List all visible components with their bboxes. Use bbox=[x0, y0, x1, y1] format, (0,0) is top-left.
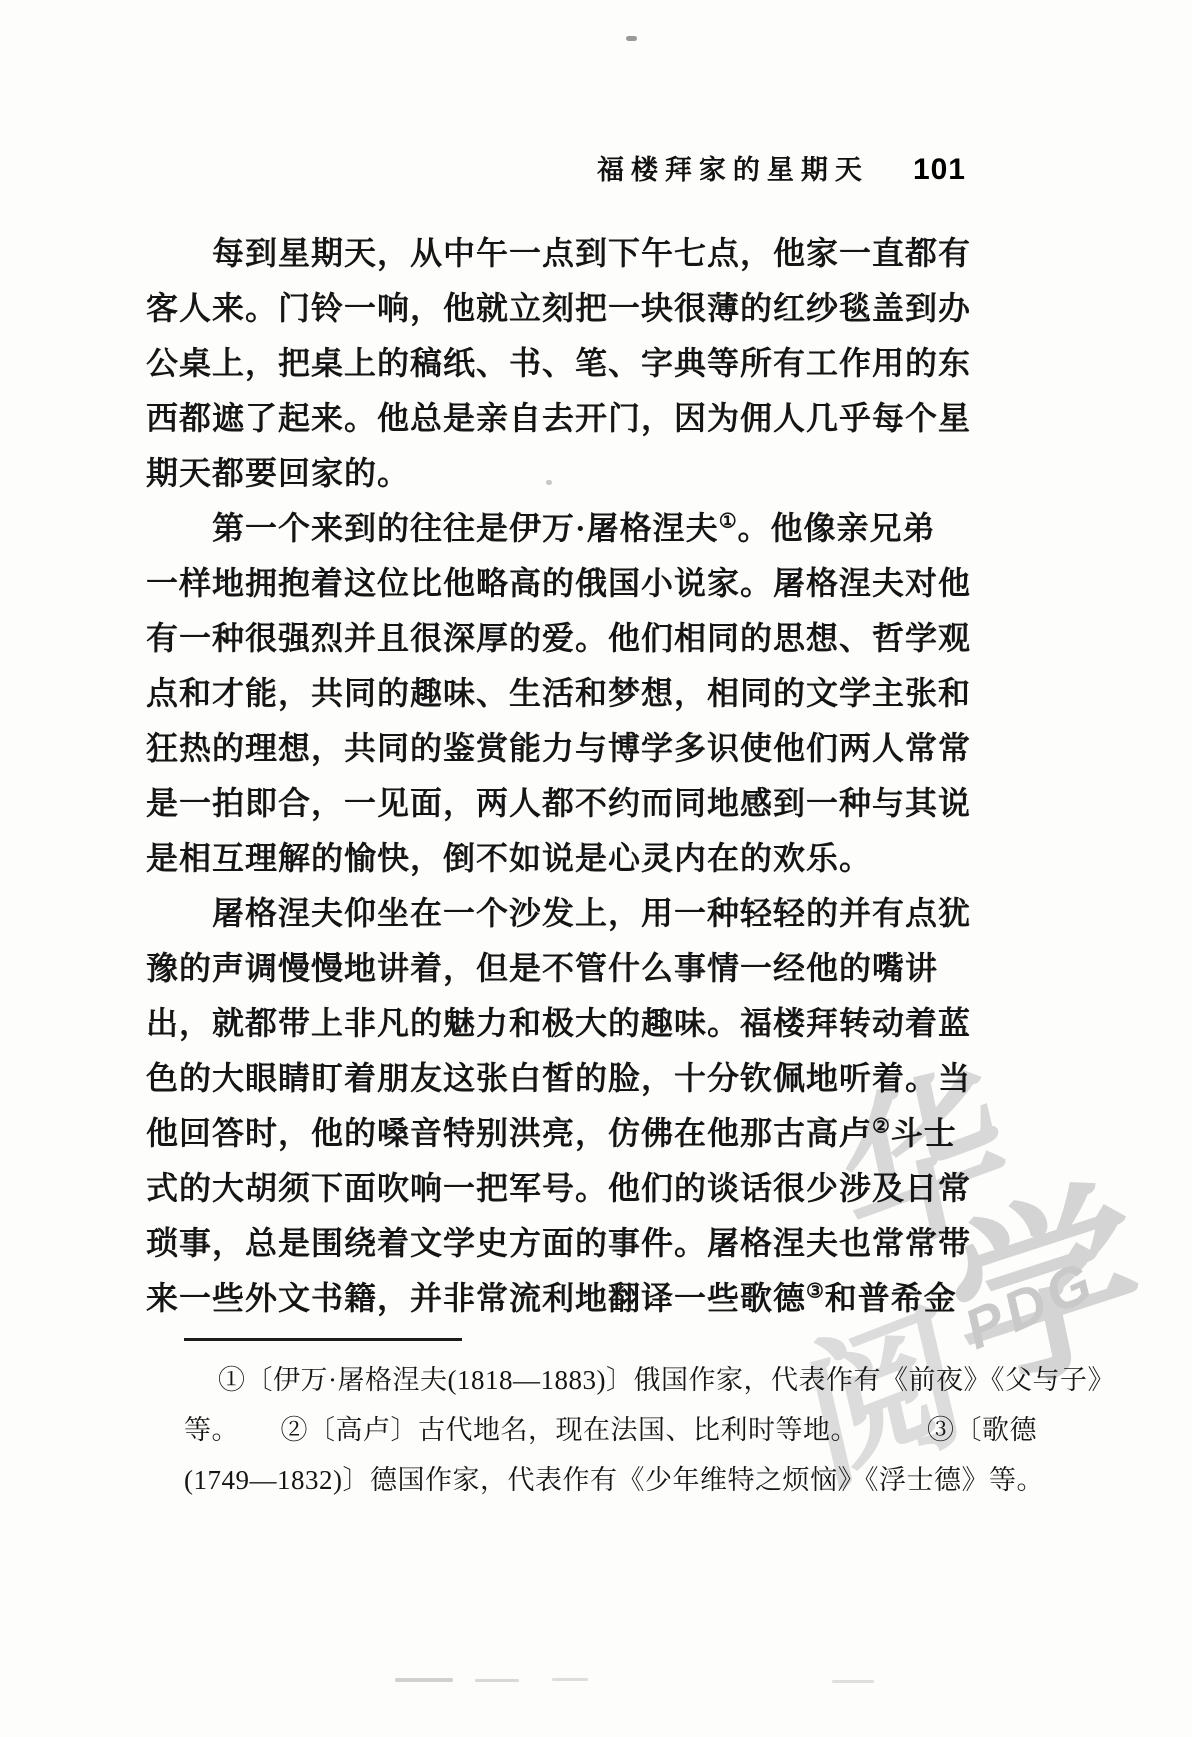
text-line: 是相互理解的愉快，倒不如说是心灵内在的欢乐。 bbox=[146, 831, 970, 886]
text-line: 他回答时，他的嗓音特别洪亮，仿佛在他那古高卢②斗士 bbox=[146, 1106, 970, 1161]
text-line: 客人来。门铃一响，他就立刻把一块很薄的红纱毯盖到办 bbox=[146, 281, 970, 336]
text-line: 出，就都带上非凡的魅力和极大的趣味。福楼拜转动着蓝 bbox=[146, 996, 970, 1051]
text-line: 豫的声调慢慢地讲着，但是不管什么事情一经他的嘴讲 bbox=[146, 941, 970, 996]
book-page: 华 学 阅 PDG 福楼拜家的星期天 101 每到星期天，从中午一点到下午七点，… bbox=[0, 0, 1192, 1737]
scan-artifact bbox=[395, 1678, 453, 1682]
scan-artifact bbox=[832, 1680, 874, 1683]
footnote-line: 等。 ②〔高卢〕古代地名，现在法国、比利时等地。 ③〔歌德 bbox=[184, 1405, 974, 1455]
page-header: 福楼拜家的星期天 101 bbox=[597, 148, 966, 187]
footnote-line: (1749—1832)〕德国作家，代表作有《少年维特之烦恼》《浮士德》等。 bbox=[184, 1455, 974, 1505]
text-line: 狂热的理想，共同的鉴赏能力与博学多识使他们两人常常 bbox=[146, 721, 970, 776]
text-line: 西都遮了起来。他总是亲自去开门，因为佣人几乎每个星 bbox=[146, 391, 970, 446]
text-line: 来一些外文书籍，并非常流利地翻译一些歌德③和普希金 bbox=[146, 1271, 970, 1326]
text-line: 期天都要回家的。 bbox=[146, 446, 970, 501]
text-line: 式的大胡须下面吹响一把军号。他们的谈话很少涉及日常 bbox=[146, 1161, 970, 1216]
text-line: 公桌上，把桌上的稿纸、书、笔、字典等所有工作用的东 bbox=[146, 336, 970, 391]
body-text: 每到星期天，从中午一点到下午七点，他家一直都有客人来。门铃一响，他就立刻把一块很… bbox=[146, 226, 970, 1326]
text-line: 是一拍即合，一见面，两人都不约而同地感到一种与其说 bbox=[146, 776, 970, 831]
text-line: 点和才能，共同的趣味、生活和梦想，相同的文学主张和 bbox=[146, 666, 970, 721]
running-title: 福楼拜家的星期天 bbox=[597, 148, 869, 187]
text-line: 琐事，总是围绕着文学史方面的事件。屠格涅夫也常常带 bbox=[146, 1216, 970, 1271]
text-line: 第一个来到的往往是伊万·屠格涅夫①。他像亲兄弟 bbox=[146, 501, 970, 556]
scan-artifact bbox=[626, 36, 637, 41]
text-line: 每到星期天，从中午一点到下午七点，他家一直都有 bbox=[146, 226, 970, 281]
text-line: 一样地拥抱着这位比他略高的俄国小说家。屠格涅夫对他 bbox=[146, 556, 970, 611]
footnote-line: ①〔伊万·屠格涅夫(1818—1883)〕俄国作家，代表作有《前夜》《父与子》 bbox=[184, 1355, 974, 1405]
text-line: 有一种很强烈并且很深厚的爱。他们相同的思想、哲学观 bbox=[146, 611, 970, 666]
scan-artifact bbox=[475, 1679, 519, 1682]
text-line: 色的大眼睛盯着朋友这张白皙的脸，十分钦佩地听着。当 bbox=[146, 1051, 970, 1106]
text-line: 屠格涅夫仰坐在一个沙发上，用一种轻轻的并有点犹 bbox=[146, 886, 970, 941]
footnote-separator bbox=[184, 1338, 462, 1341]
page-number: 101 bbox=[913, 153, 966, 187]
scan-artifact bbox=[552, 1678, 588, 1681]
footnote-lines: ①〔伊万·屠格涅夫(1818—1883)〕俄国作家，代表作有《前夜》《父与子》等… bbox=[184, 1355, 974, 1505]
footnotes: ①〔伊万·屠格涅夫(1818—1883)〕俄国作家，代表作有《前夜》《父与子》等… bbox=[184, 1338, 974, 1505]
